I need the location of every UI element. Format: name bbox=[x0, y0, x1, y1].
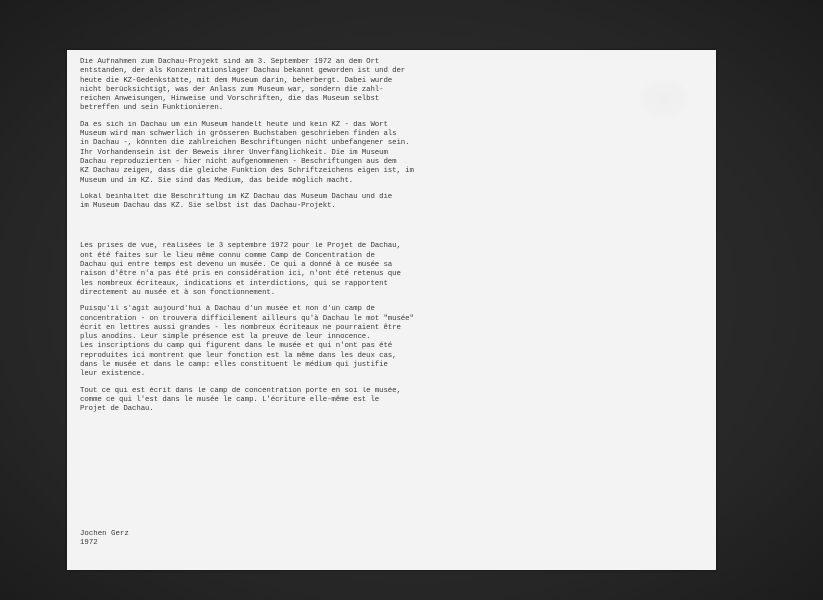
german-paragraph-2: Da es sich in Dachau um ein Museum hande… bbox=[80, 121, 465, 186]
german-paragraph-1: Die Aufnahmen zum Dachau-Projekt sind am… bbox=[80, 58, 465, 114]
section-gap bbox=[80, 218, 465, 242]
document-sheet: Die Aufnahmen zum Dachau-Projekt sind am… bbox=[67, 50, 716, 570]
french-paragraph-2: Puisqu'il s'agit aujourd'hui à Dachau d'… bbox=[80, 305, 465, 379]
german-paragraph-3: Lokal beinhaltet die Beschriftung im KZ … bbox=[80, 193, 465, 212]
author-name: Jochen Gerz bbox=[80, 530, 129, 539]
french-paragraph-3: Tout ce qui est écrit dans le camp de co… bbox=[80, 387, 465, 415]
year: 1972 bbox=[80, 539, 129, 548]
french-paragraph-1: Les prises de vue, réalisées le 3 septem… bbox=[80, 242, 465, 298]
watermark-stamp bbox=[639, 80, 689, 118]
text-block: Die Aufnahmen zum Dachau-Projekt sind am… bbox=[80, 58, 465, 422]
signature: Jochen Gerz 1972 bbox=[80, 530, 129, 549]
